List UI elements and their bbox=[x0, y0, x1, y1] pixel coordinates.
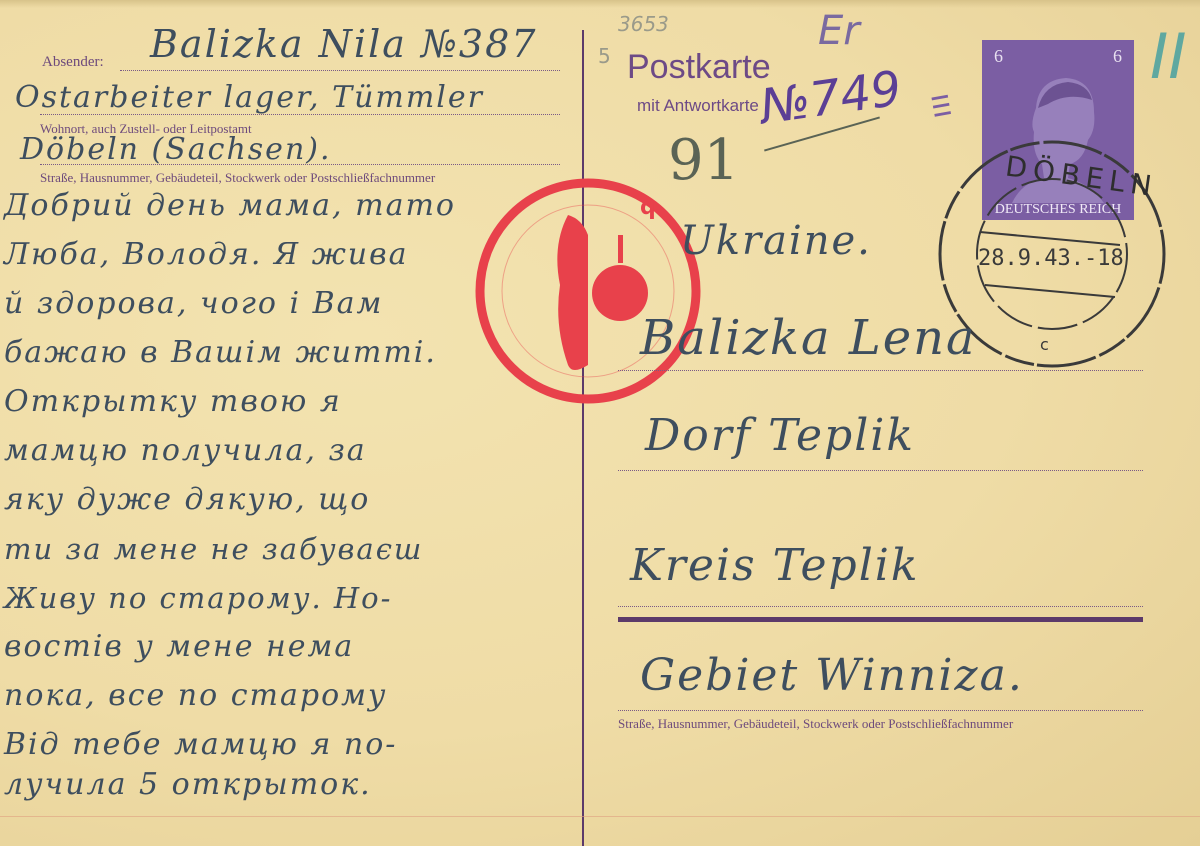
censor-stamp-icon bbox=[472, 175, 704, 407]
sender-line-1 bbox=[120, 70, 560, 71]
pencil-prefix: 5 bbox=[598, 44, 611, 68]
recipient-district: Kreis Teplik bbox=[630, 540, 920, 591]
card-divider bbox=[582, 30, 584, 846]
stamp-value-right: 6 bbox=[1113, 46, 1122, 67]
postmark-letter: c bbox=[1040, 335, 1049, 354]
bottom-fold-line bbox=[0, 816, 1200, 817]
message-line: яку дуже дякую, що bbox=[4, 480, 579, 529]
absender-label: Absender: bbox=[42, 54, 104, 71]
message-line: мамцю получила, за bbox=[4, 431, 579, 480]
strasse-label-sender: Straße, Hausnummer, Gebäudeteil, Stockwe… bbox=[40, 170, 435, 186]
recipient-name: Balizka Lena bbox=[640, 310, 977, 366]
message-line: Від тебе мамцю я по- bbox=[4, 725, 579, 765]
green-mark: II bbox=[1150, 20, 1187, 93]
address-line-2 bbox=[618, 470, 1143, 471]
postmark-date: 28.9.43.-18 bbox=[978, 246, 1124, 271]
sender-line-2 bbox=[40, 114, 560, 115]
address-line-4 bbox=[618, 710, 1143, 711]
address-separator bbox=[618, 617, 1143, 622]
ink-initials: Er bbox=[818, 8, 860, 54]
ink-number: №749 bbox=[757, 60, 905, 135]
censor-code: b bbox=[640, 196, 656, 221]
address-line-3 bbox=[618, 606, 1143, 607]
violet-scribble: ııı bbox=[923, 90, 962, 121]
postcard-title: Postkarte bbox=[627, 48, 771, 87]
recipient-country: Ukraine. bbox=[680, 218, 872, 264]
postcard: Absender: Balizka Nila №387 Ostarbeiter … bbox=[0, 0, 1200, 846]
message-line: Живу по старому. Но- bbox=[4, 578, 579, 627]
message-line: востів у мене нема bbox=[4, 627, 579, 676]
message-line: лучила 5 открыток. bbox=[4, 765, 579, 805]
address-line-1 bbox=[618, 370, 1143, 371]
paper-edge bbox=[0, 0, 1200, 8]
sender-camp: Ostarbeiter lager, Tümmler bbox=[15, 80, 484, 115]
recipient-village: Dorf Teplik bbox=[645, 410, 915, 461]
message-line: ти за мене не забуваєш bbox=[4, 529, 579, 578]
postcard-subtitle: mit Antwortkarte bbox=[637, 96, 759, 116]
sender-city: Döbeln (Sachsen). bbox=[20, 132, 332, 167]
sender-line-3 bbox=[40, 164, 560, 165]
sender-name: Balizka Nila №387 bbox=[150, 22, 537, 66]
recipient-region: Gebiet Winniza. bbox=[640, 650, 1024, 701]
message-line: пока, все по старому bbox=[4, 676, 579, 725]
strasse-label-recipient: Straße, Hausnummer, Gebäudeteil, Stockwe… bbox=[618, 716, 1013, 732]
pencil-number: 3653 bbox=[618, 12, 669, 36]
stamp-value-left: 6 bbox=[994, 46, 1003, 67]
